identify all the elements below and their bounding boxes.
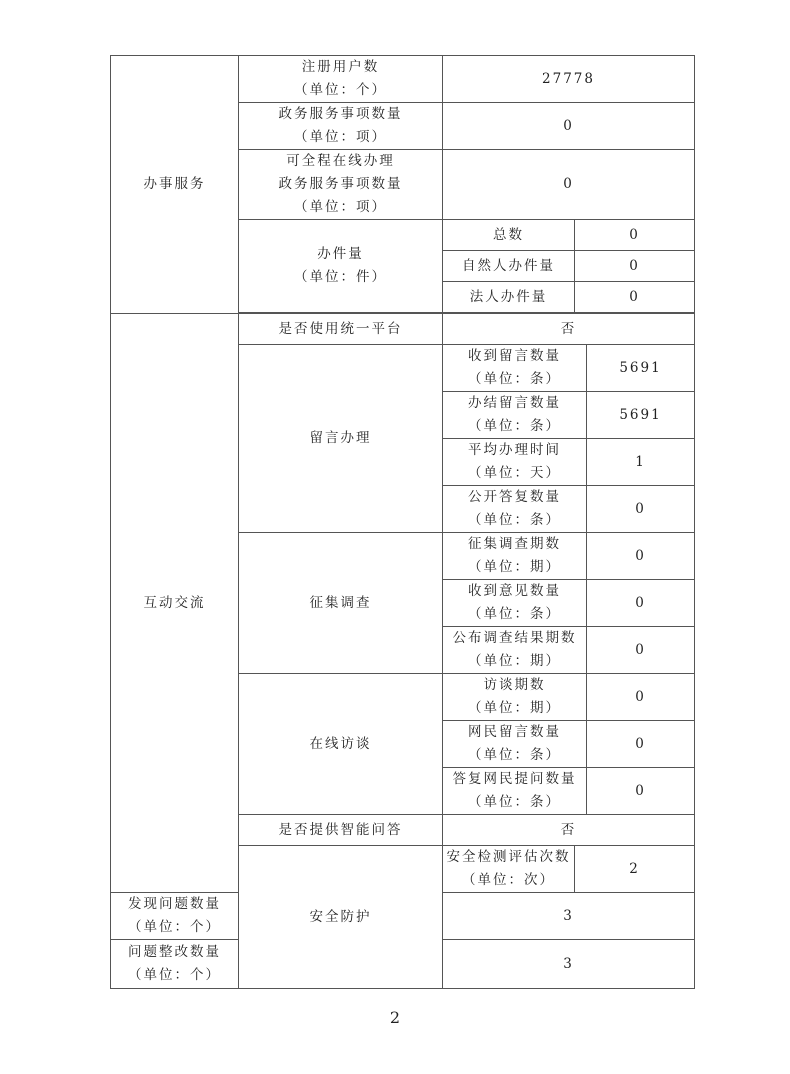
row-value: 2: [575, 846, 695, 893]
document-page: 办事服务 注册用户数（单位：个） 27778 政务服务事项数量（单位：项） 0 …: [0, 0, 790, 1074]
table-row: 办事服务 注册用户数（单位：个） 27778: [111, 56, 695, 103]
survey-label: 征集调查: [239, 533, 443, 674]
row-label: 注册用户数（单位：个）: [239, 56, 443, 103]
sub-value: 0: [587, 768, 695, 815]
sub-label: 公布调查结果期数（单位：期）: [443, 627, 587, 674]
sub-value: 5691: [587, 345, 695, 392]
sub-label: 答复网民提问数量（单位：条）: [443, 768, 587, 815]
table-row: 互动交流 是否使用统一平台 否: [111, 314, 695, 345]
sub-label: 平均办理时间（单位：天）: [443, 439, 587, 486]
sub-label: 总数: [443, 220, 575, 251]
row-value: 0: [443, 150, 695, 220]
sub-label: 收到意见数量（单位：条）: [443, 580, 587, 627]
category-interaction: 互动交流: [111, 314, 239, 893]
sub-label: 自然人办件量: [443, 251, 575, 282]
row-value: 27778: [443, 56, 695, 103]
interview-label: 在线访谈: [239, 674, 443, 815]
row-label: 问题整改数量（单位：个）: [111, 940, 239, 989]
sub-value: 0: [587, 580, 695, 627]
row-value: 3: [443, 893, 695, 940]
row-value: 否: [443, 314, 695, 345]
page-number: 2: [0, 1008, 790, 1027]
sub-label: 办结留言数量（单位：条）: [443, 392, 587, 439]
sub-value: 0: [575, 282, 695, 313]
sub-label: 网民留言数量（单位：条）: [443, 721, 587, 768]
row-label: 是否使用统一平台: [239, 314, 443, 345]
sub-label: 访谈期数（单位：期）: [443, 674, 587, 721]
row-value: 0: [443, 103, 695, 150]
row-label: 可全程在线办理政务服务事项数量（单位：项）: [239, 150, 443, 220]
row-label: 是否提供智能问答: [239, 815, 443, 846]
sub-value: 0: [575, 220, 695, 251]
category-service: 办事服务: [111, 56, 239, 314]
sub-label: 公开答复数量（单位：条）: [443, 486, 587, 533]
sub-label: 收到留言数量（单位：条）: [443, 345, 587, 392]
row-value: 否: [443, 815, 695, 846]
sub-value: 0: [587, 674, 695, 721]
row-label: 政务服务事项数量（单位：项）: [239, 103, 443, 150]
row-label: 发现问题数量（单位：个）: [111, 893, 239, 940]
sub-value: 0: [575, 251, 695, 282]
category-security: 安全防护: [239, 846, 443, 989]
row-value: 3: [443, 940, 695, 989]
sub-value: 0: [587, 721, 695, 768]
sub-value: 5691: [587, 392, 695, 439]
sub-value: 0: [587, 486, 695, 533]
sub-value: 0: [587, 533, 695, 580]
row-label: 安全检测评估次数（单位：次）: [443, 846, 575, 893]
sub-value: 0: [587, 627, 695, 674]
sub-value: 1: [587, 439, 695, 486]
cases-label: 办件量（单位：件）: [239, 220, 443, 313]
messages-label: 留言办理: [239, 345, 443, 533]
sub-label: 征集调查期数（单位：期）: [443, 533, 587, 580]
sub-label: 法人办件量: [443, 282, 575, 313]
statistics-table: 办事服务 注册用户数（单位：个） 27778 政务服务事项数量（单位：项） 0 …: [110, 55, 695, 989]
